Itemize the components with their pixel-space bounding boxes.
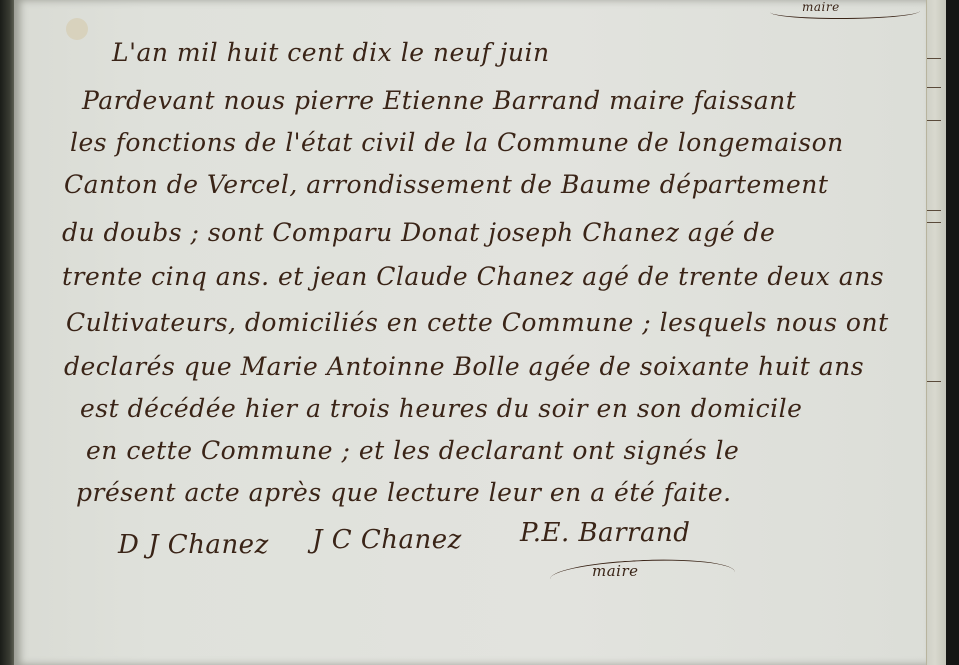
record-line-3: les fonctions de l'état civil de la Comm…	[70, 128, 844, 157]
record-line-6: trente cinq ans. et jean Claude Chanez a…	[62, 262, 884, 291]
binding-mark	[927, 381, 941, 382]
paper-stain	[66, 18, 88, 40]
top-margin-label: maire	[802, 0, 840, 14]
book-spine	[946, 0, 959, 665]
record-line-2: Pardevant nous pierre Etienne Barrand ma…	[82, 86, 796, 115]
record-line-5: du doubs ; sont Comparu Donat joseph Cha…	[62, 218, 775, 247]
binding-mark	[927, 210, 941, 211]
record-line-11: présent acte après que lecture leur en a…	[76, 478, 732, 507]
record-line-9: est décédée hier a trois heures du soir …	[80, 394, 802, 423]
signature-jc-chanez: J C Chanez	[312, 525, 462, 555]
binding-mark	[927, 120, 941, 121]
mayor-title: maire	[592, 562, 639, 580]
record-line-4: Canton de Vercel, arrondissement de Baum…	[64, 170, 828, 199]
record-line-7: Cultivateurs, domiciliés en cette Commun…	[66, 308, 889, 337]
page-binding-edge	[926, 0, 947, 665]
binding-mark	[927, 58, 941, 59]
signature-pe-barrand: P.E. Barrand	[520, 518, 690, 548]
record-line-1: L'an mil huit cent dix le neuf juin	[112, 38, 550, 67]
record-line-8: declarés que Marie Antoinne Bolle agée d…	[64, 352, 864, 381]
binding-mark	[927, 87, 941, 88]
signature-dj-chanez: D J Chanez	[118, 530, 269, 560]
record-line-10: en cette Commune ; et les declarant ont …	[86, 436, 739, 465]
binding-mark	[927, 222, 941, 223]
